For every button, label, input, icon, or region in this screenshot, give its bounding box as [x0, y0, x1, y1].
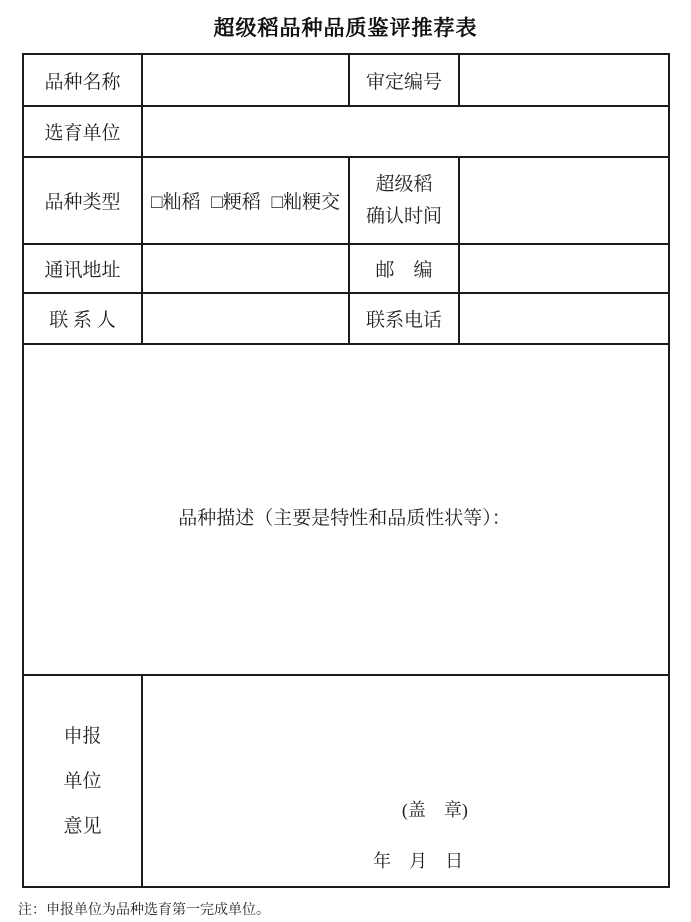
form-title: 超级稻品种品质鉴评推荐表 [0, 12, 691, 42]
breeding-unit-field[interactable] [142, 106, 669, 157]
contact-person-field[interactable] [142, 293, 349, 344]
variety-name-field[interactable] [142, 54, 349, 106]
applicant-opinion-label: 申报 单位 意见 [23, 675, 142, 887]
postal-code-field[interactable] [459, 244, 669, 293]
applicant-opinion-label-line1: 申报 [24, 714, 141, 759]
row-mailing-address: 通讯地址 邮 编 [23, 244, 669, 293]
row-contact: 联 系 人 联系电话 [23, 293, 669, 344]
checkbox-option-indica[interactable]: □籼稻 [151, 187, 200, 214]
variety-type-label: 品种类型 [23, 157, 142, 244]
breeding-unit-label: 选育单位 [23, 106, 142, 157]
confirmation-time-label-line2: 确认时间 [350, 201, 458, 233]
checkbox-option-japonica[interactable]: □粳稻 [211, 187, 260, 214]
postal-code-label: 邮 编 [349, 244, 459, 293]
variety-name-label: 品种名称 [23, 54, 142, 106]
form-table: 品种名称 审定编号 选育单位 品种类型 □籼稻 □粳稻 □籼粳交 超级稻 确认时… [22, 53, 670, 888]
row-applicant-opinion: 申报 单位 意见 (盖 章) 年 月 日 [23, 675, 669, 887]
checkbox-option-indica-japonica-cross[interactable]: □籼粳交 [271, 187, 339, 214]
approval-number-label: 审定编号 [349, 54, 459, 106]
contact-phone-field[interactable] [459, 293, 669, 344]
variety-type-options: □籼稻 □粳稻 □籼粳交 [142, 157, 349, 244]
row-variety-name: 品种名称 审定编号 [23, 54, 669, 106]
row-breeding-unit: 选育单位 [23, 106, 669, 157]
variety-description-label: 品种描述（主要是特性和品质性状等）： [24, 490, 668, 530]
applicant-opinion-field[interactable]: (盖 章) 年 月 日 [142, 675, 669, 887]
row-description: 品种描述（主要是特性和品质性状等）： [23, 344, 669, 675]
contact-person-label: 联 系 人 [23, 293, 142, 344]
variety-description-field[interactable]: 品种描述（主要是特性和品质性状等）： [23, 344, 669, 675]
applicant-opinion-label-line3: 意见 [24, 804, 141, 849]
confirmation-time-label-line1: 超级稻 [350, 169, 458, 201]
mailing-address-field[interactable] [142, 244, 349, 293]
confirmation-time-label: 超级稻 确认时间 [349, 157, 459, 244]
form-page: 超级稻品种品质鉴评推荐表 品种名称 审定编号 选育单位 品种类型 □籼稻 □粳稻… [0, 0, 691, 922]
footnote: 注：申报单位为品种选育第一完成单位。 [18, 899, 270, 919]
applicant-opinion-label-line2: 单位 [24, 759, 141, 804]
row-variety-type: 品种类型 □籼稻 □粳稻 □籼粳交 超级稻 确认时间 [23, 157, 669, 244]
date-placeholder: 年 月 日 [373, 847, 463, 873]
mailing-address-label: 通讯地址 [23, 244, 142, 293]
stamp-placeholder: (盖 章) [402, 796, 468, 822]
confirmation-time-field[interactable] [459, 157, 669, 244]
approval-number-field[interactable] [459, 54, 669, 106]
contact-phone-label: 联系电话 [349, 293, 459, 344]
